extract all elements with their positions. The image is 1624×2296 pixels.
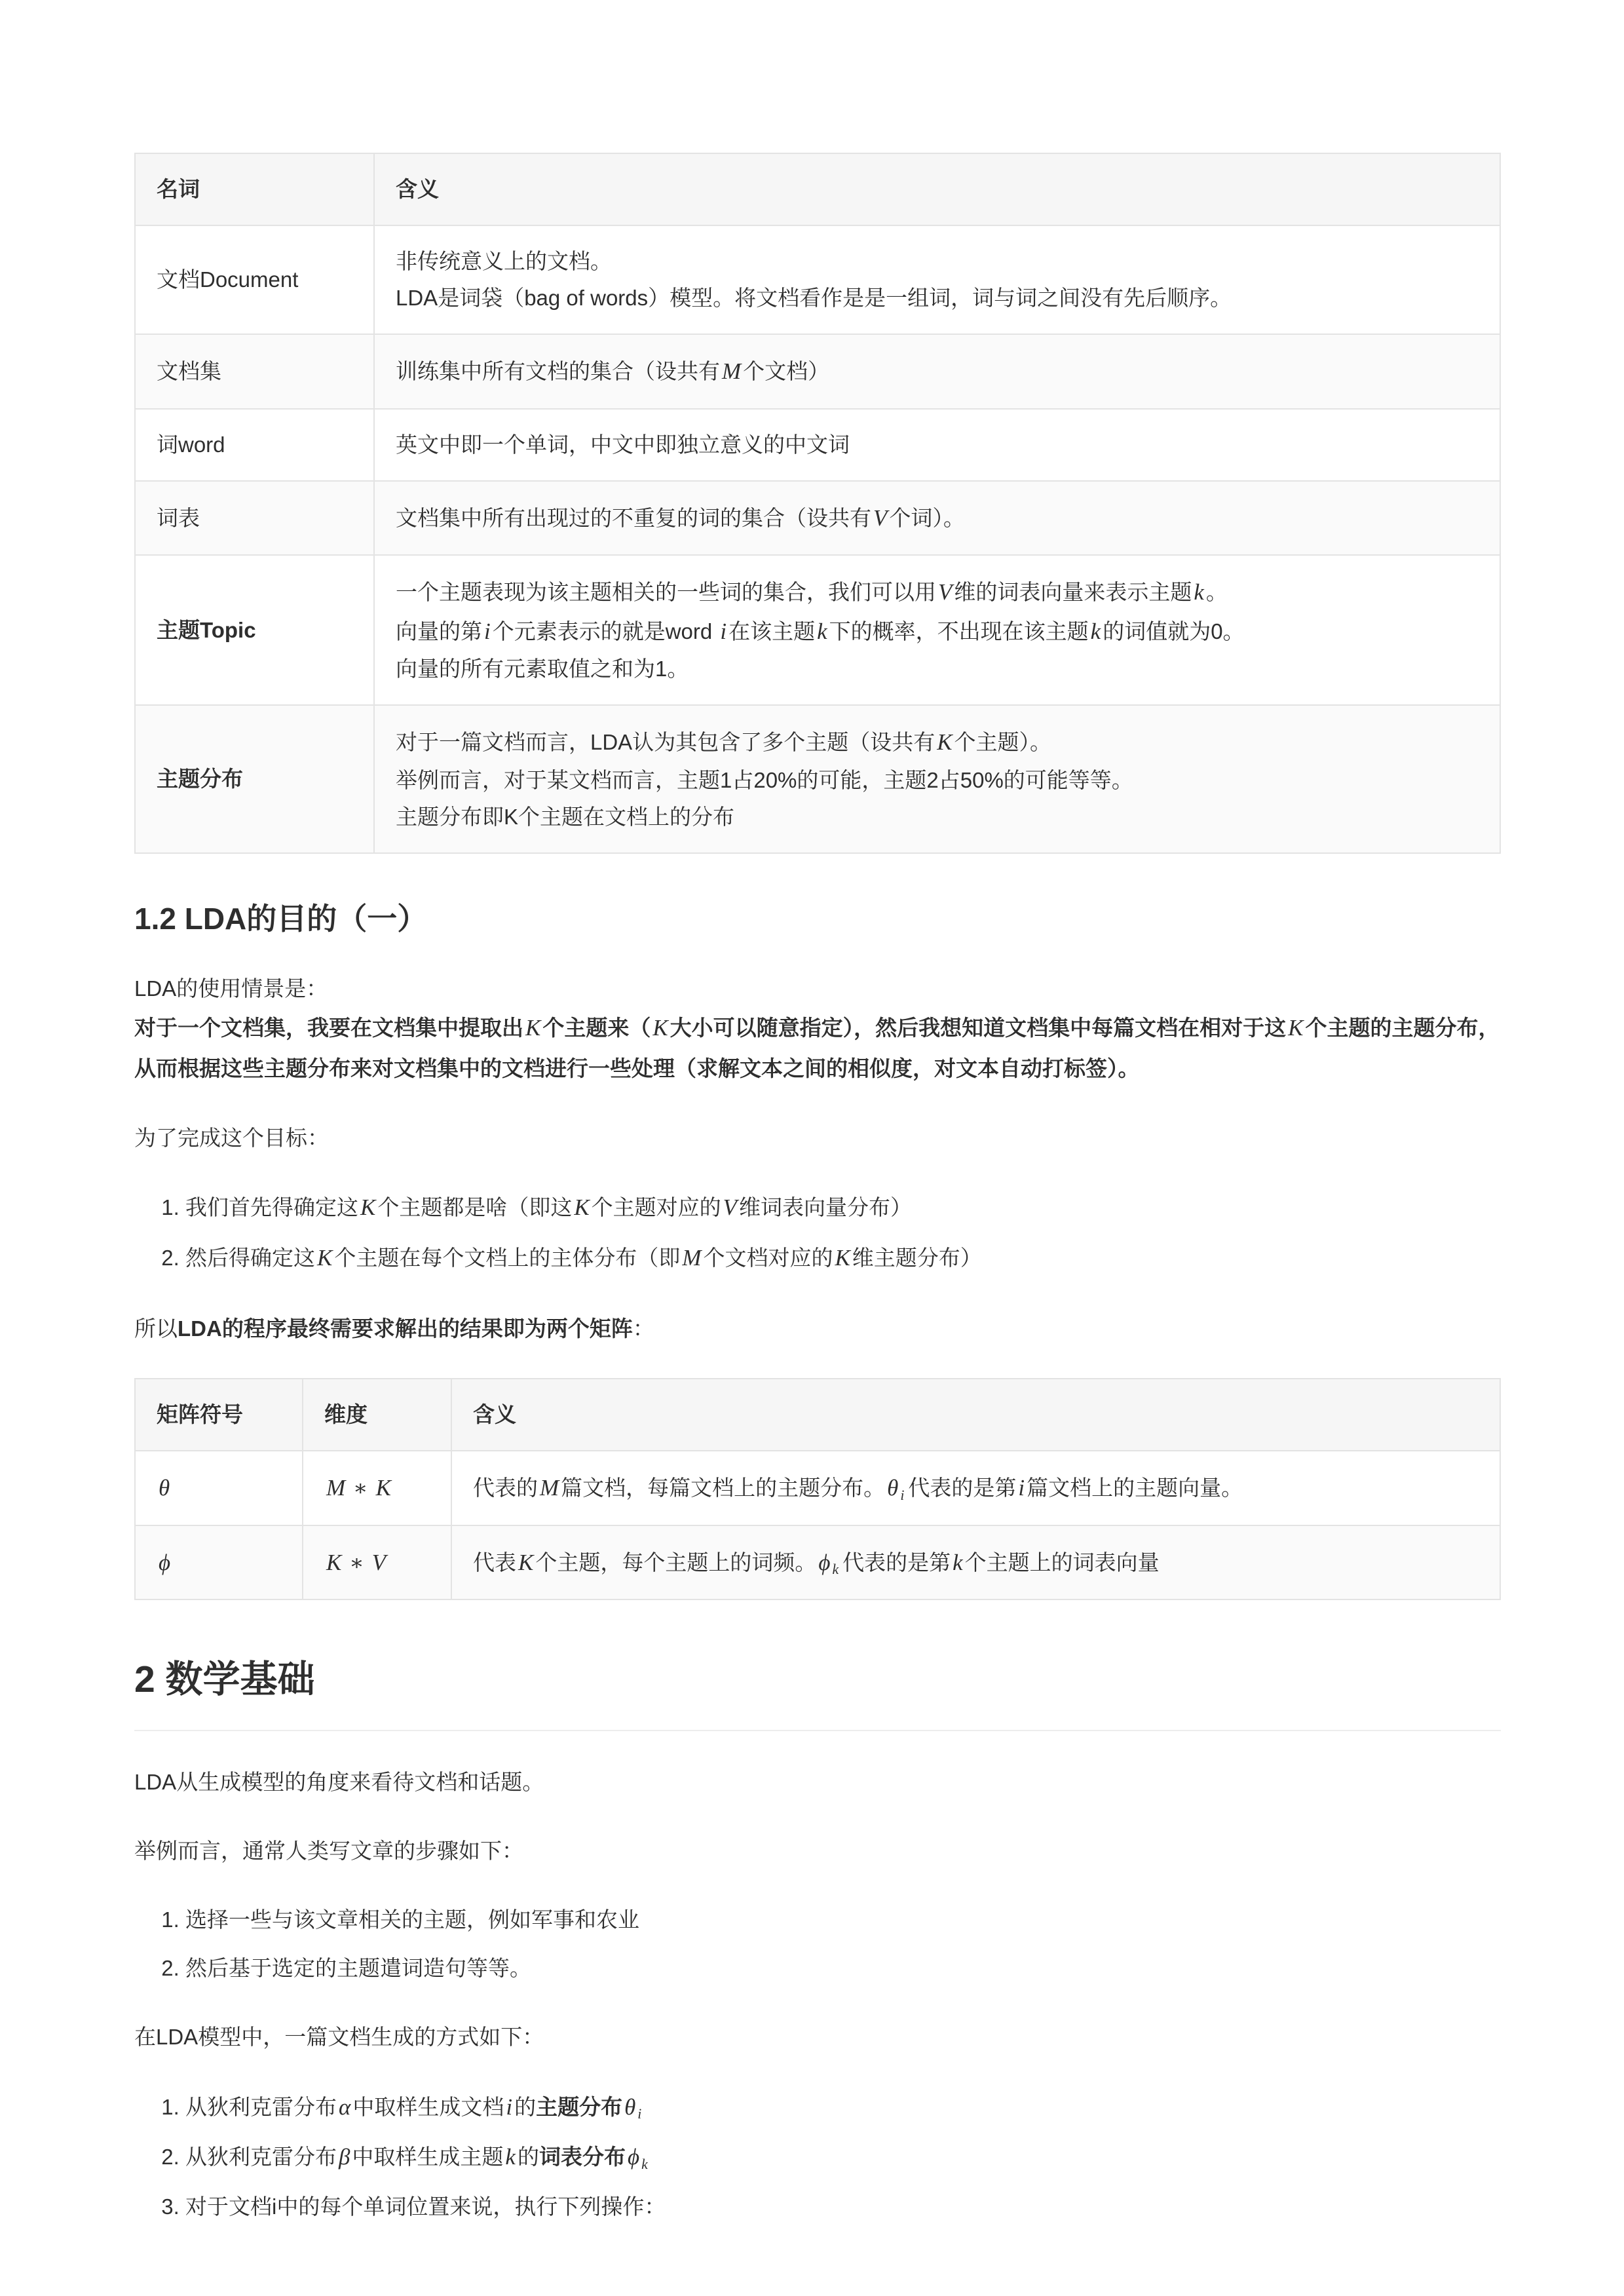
text-run: 中取样生成文档 — [352, 2095, 504, 2119]
text-run: 文档集中所有出现过的不重复的词的集合（设共有 — [396, 506, 871, 530]
text-run: 对于一篇文档而言，LDA认为其包含了多个主题（设共有 — [396, 730, 935, 754]
math-var: V — [871, 505, 889, 531]
paragraph-result: 所以LDA的程序最终需要求解出的结果即为两个矩阵： — [134, 1309, 1501, 1348]
writing-steps-list: 选择一些与该文章相关的主题，例如军事和农业 然后基于选定的主题遣词造句等等。 — [134, 1900, 1501, 1987]
text-run: 从狄利克雷分布 — [185, 2095, 337, 2119]
math-operator: ∗ — [347, 1477, 373, 1501]
text-run: 个文档） — [743, 359, 829, 383]
text-run: 下的概率，不出现在该主题 — [829, 619, 1089, 643]
text-run: 。 — [1206, 580, 1228, 604]
math-var: k — [815, 619, 829, 644]
math-var: K — [833, 1245, 852, 1271]
math-var: V — [936, 579, 954, 605]
text-run: 的 — [514, 2095, 536, 2119]
meaning-cell: 英文中即一个单词，中文中即独立意义的中文词 — [374, 409, 1500, 481]
matrix-symbol-column-header: 矩阵符号 — [135, 1379, 303, 1451]
math-var: k — [951, 1550, 965, 1575]
text-run: 所以 — [134, 1316, 178, 1341]
math-var: M — [538, 1475, 561, 1501]
math-var: K — [374, 1475, 393, 1501]
math-var: K — [1286, 1015, 1305, 1041]
text-run: 个词）。 — [889, 506, 965, 530]
math-var: k — [503, 2144, 518, 2170]
math-var: α — [337, 2094, 352, 2120]
text-run: 主题分布即K个主题在文档上的分布 — [396, 805, 734, 829]
text-run: 的词值就为0。 — [1103, 619, 1244, 643]
text-run: 非传统意义上的文档。 — [396, 249, 612, 273]
goal-list: 我们首先得确定这K个主题都是啥（即这K个主题对应的V维词表向量分布） 然后得确定… — [134, 1187, 1501, 1279]
list-item: 我们首先得确定这K个主题都是啥（即这K个主题对应的V维词表向量分布） — [185, 1187, 1501, 1229]
text-run: 然后得确定这 — [185, 1246, 315, 1270]
text-run: LDA是词袋（bag of words）模型。将文档看作是是一组词，词与词之间没… — [396, 286, 1232, 310]
math-var: ϕ — [157, 1550, 172, 1575]
text-run: 代表的是第 — [908, 1476, 1016, 1500]
math-subscript: k — [639, 2156, 650, 2172]
math-var: θi — [622, 2094, 645, 2120]
text-run: 代表的 — [473, 1476, 538, 1500]
math-var: k — [1089, 619, 1103, 644]
math-var: M — [324, 1475, 347, 1501]
table-row: 主题分布 对于一篇文档而言，LDA认为其包含了多个主题（设共有K个主题）。举例而… — [135, 705, 1500, 853]
term-cell: 文档Document — [135, 225, 374, 334]
math-subscript: i — [898, 1487, 906, 1503]
math-var: K — [523, 1015, 542, 1041]
terminology-table: 名词 含义 文档Document 非传统意义上的文档。LDA是词袋（bag of… — [134, 153, 1501, 854]
text-run: 个元素表示的就是word — [493, 619, 719, 643]
math-var: θ — [157, 1475, 172, 1501]
table-row: 词表 文档集中所有出现过的不重复的词的集合（设共有V个词）。 — [135, 481, 1500, 555]
math-var: K — [572, 1195, 591, 1220]
paragraph-human-writing-intro: 举例而言，通常人类写文章的步骤如下： — [134, 1831, 1501, 1870]
matrices-table: 矩阵符号 维度 含义 θ M∗K 代表的M篇文档，每篇文档上的主题分布。θi代表… — [134, 1378, 1501, 1600]
meaning-cell: 代表的M篇文档，每篇文档上的主题分布。θi代表的是第i篇文档上的主题向量。 — [451, 1451, 1500, 1525]
text-run: ： — [633, 1316, 654, 1341]
table-row: ϕ K∗V 代表K个主题，每个主题上的词频。ϕk代表的是第k个主题上的词表向量 — [135, 1525, 1500, 1599]
text-run: 举例而言，对于某文档而言，主题1占20%的可能，主题2占50%的可能等等。 — [396, 768, 1133, 792]
text-run: 在该主题 — [728, 619, 815, 643]
section-heading-lda-purpose: 1.2 LDA的目的（一） — [134, 900, 1501, 939]
list-item: 然后得确定这K个主题在每个文档上的主体分布（即M个文档对应的K维主题分布） — [185, 1238, 1501, 1279]
text-run: 个文档对应的 — [703, 1246, 833, 1270]
text-run: 个主题都是啥（即这 — [377, 1195, 572, 1219]
math-operator: ∗ — [343, 1552, 369, 1575]
dimension-column-header: 维度 — [303, 1379, 451, 1451]
term-cell: 主题Topic — [135, 555, 374, 705]
bold-text-run: 主题分布 — [536, 2095, 622, 2119]
text-run: 中取样生成主题 — [352, 2145, 503, 2169]
math-var: M — [720, 358, 743, 384]
text-run: 向量的所有元素取值之和为1。 — [396, 657, 689, 681]
math-var: K — [358, 1195, 377, 1220]
term-cell: 词表 — [135, 481, 374, 555]
math-var: i — [718, 619, 728, 644]
math-var: i — [504, 2094, 514, 2120]
math-var: θi — [885, 1475, 908, 1501]
text-run: 代表的是第 — [842, 1550, 951, 1575]
list-item: 对于文档i中的每个单词位置来说，执行下列操作： — [185, 2187, 1501, 2226]
table-row: θ M∗K 代表的M篇文档，每篇文档上的主题分布。θi代表的是第i篇文档上的主题… — [135, 1451, 1500, 1525]
paragraph-lda-generation-intro: 在LDA模型中，一篇文档生成的方式如下： — [134, 2018, 1501, 2056]
bold-text-run: 对于一个文档集，我要在文档集中提取出 — [134, 1016, 523, 1040]
meaning-cell: 文档集中所有出现过的不重复的词的集合（设共有V个词）。 — [374, 481, 1500, 555]
text-run: 篇文档，每篇文档上的主题分布。 — [561, 1476, 885, 1500]
meaning-cell: 一个主题表现为该主题相关的一些词的集合，我们可以用V维的词表向量来表示主题k。向… — [374, 555, 1500, 705]
math-var: i — [482, 619, 493, 644]
text-run: 个主题在每个文档上的主体分布（即 — [334, 1246, 680, 1270]
bold-text-run: 词表分布 — [539, 2145, 626, 2169]
math-subscript: i — [635, 2106, 643, 2122]
text-run: 代表 — [473, 1550, 516, 1575]
math-var: ϕk — [816, 1550, 842, 1575]
table-row: 词word 英文中即一个单词，中文中即独立意义的中文词 — [135, 409, 1500, 481]
term-cell: 文档集 — [135, 334, 374, 408]
text-run: 一个主题表现为该主题相关的一些词的集合，我们可以用 — [396, 580, 936, 604]
meaning-cell: 训练集中所有文档的集合（设共有M个文档） — [374, 334, 1500, 408]
text-run: 我们首先得确定这 — [185, 1195, 358, 1219]
math-var: K — [315, 1245, 334, 1271]
text-run: 个主题对应的 — [592, 1195, 721, 1219]
paragraph-lda-usage: LDA的使用情景是：对于一个文档集，我要在文档集中提取出K个主题来（K大小可以随… — [134, 969, 1501, 1088]
text-run: 维主题分布） — [852, 1246, 982, 1270]
matrix-symbol-cell: ϕ — [135, 1525, 303, 1599]
meaning-cell: 非传统意义上的文档。LDA是词袋（bag of words）模型。将文档看作是是… — [374, 225, 1500, 334]
list-item: 选择一些与该文章相关的主题，例如军事和农业 — [185, 1900, 1501, 1939]
math-var: ϕk — [626, 2144, 652, 2170]
list-item: 从狄利克雷分布α中取样生成文档i的主题分布θi — [185, 2087, 1501, 2128]
text-run: 篇文档上的主题向量。 — [1027, 1476, 1243, 1500]
term-cell: 词word — [135, 409, 374, 481]
math-var: K — [651, 1015, 670, 1041]
text-run: 维的词表向量来表示主题 — [954, 580, 1192, 604]
term-cell: 主题分布 — [135, 705, 374, 853]
term-column-header: 名词 — [135, 153, 374, 225]
math-var: k — [1192, 579, 1206, 605]
math-var: i — [1016, 1475, 1027, 1501]
meaning-column-header: 含义 — [451, 1379, 1500, 1451]
bold-text-run: LDA的程序最终需要求解出的结果即为两个矩阵 — [178, 1316, 633, 1341]
list-item: 然后基于选定的主题遣词造句等等。 — [185, 1949, 1501, 1987]
bold-text-run: 大小可以随意指定），然后我想知道文档集中每篇文档在相对于这 — [670, 1016, 1287, 1040]
text-run: 英文中即一个单词，中文中即独立意义的中文词 — [396, 432, 850, 457]
text-run: 训练集中所有文档的集合（设共有 — [396, 359, 720, 383]
text-run: 向量的第 — [396, 619, 482, 643]
table-header-row: 矩阵符号 维度 含义 — [135, 1379, 1500, 1451]
article-page: 名词 含义 文档Document 非传统意义上的文档。LDA是词袋（bag of… — [0, 0, 1624, 2227]
text-run: 个主题，每个主题上的词频。 — [535, 1550, 816, 1575]
math-var: V — [370, 1550, 388, 1575]
dimension-cell: K∗V — [303, 1525, 451, 1599]
lda-generation-steps-list: 从狄利克雷分布α中取样生成文档i的主题分布θi 从狄利克雷分布β中取样生成主题k… — [134, 2087, 1501, 2227]
math-var: β — [337, 2144, 352, 2170]
paragraph-goal-intro: 为了完成这个目标： — [134, 1119, 1501, 1157]
text-run: 从狄利克雷分布 — [185, 2145, 337, 2169]
math-var: K — [935, 729, 954, 755]
text-run: LDA的使用情景是： — [134, 976, 328, 1001]
meaning-column-header: 含义 — [374, 153, 1500, 225]
meaning-cell: 代表K个主题，每个主题上的词频。ϕk代表的是第k个主题上的词表向量 — [451, 1525, 1500, 1599]
table-row: 主题Topic 一个主题表现为该主题相关的一些词的集合，我们可以用V维的词表向量… — [135, 555, 1500, 705]
text-run: 维词表向量分布） — [739, 1195, 912, 1219]
math-var: K — [516, 1550, 535, 1575]
table-row: 文档Document 非传统意义上的文档。LDA是词袋（bag of words… — [135, 225, 1500, 334]
paragraph-generative-view: LDA从生成模型的角度来看待文档和话题。 — [134, 1763, 1501, 1801]
dimension-cell: M∗K — [303, 1451, 451, 1525]
math-var: V — [721, 1195, 739, 1220]
text-run: 个主题上的词表向量 — [965, 1550, 1160, 1575]
math-var: M — [680, 1245, 703, 1271]
table-row: 文档集 训练集中所有文档的集合（设共有M个文档） — [135, 334, 1500, 408]
bold-text-run: 个主题来（ — [542, 1016, 651, 1040]
math-subscript: k — [830, 1561, 840, 1577]
meaning-cell: 对于一篇文档而言，LDA认为其包含了多个主题（设共有K个主题）。举例而言，对于某… — [374, 705, 1500, 853]
section-heading-math-foundation: 2 数学基础 — [134, 1656, 1501, 1731]
text-run: 个主题）。 — [954, 730, 1052, 754]
list-item: 从狄利克雷分布β中取样生成主题k的词表分布ϕk — [185, 2137, 1501, 2178]
text-run: 对于文档i中的每个单词位置来说，执行下列操作： — [185, 2194, 666, 2219]
matrix-symbol-cell: θ — [135, 1451, 303, 1525]
table-header-row: 名词 含义 — [135, 153, 1500, 225]
text-run: 的 — [518, 2145, 539, 2169]
math-var: K — [324, 1550, 343, 1575]
